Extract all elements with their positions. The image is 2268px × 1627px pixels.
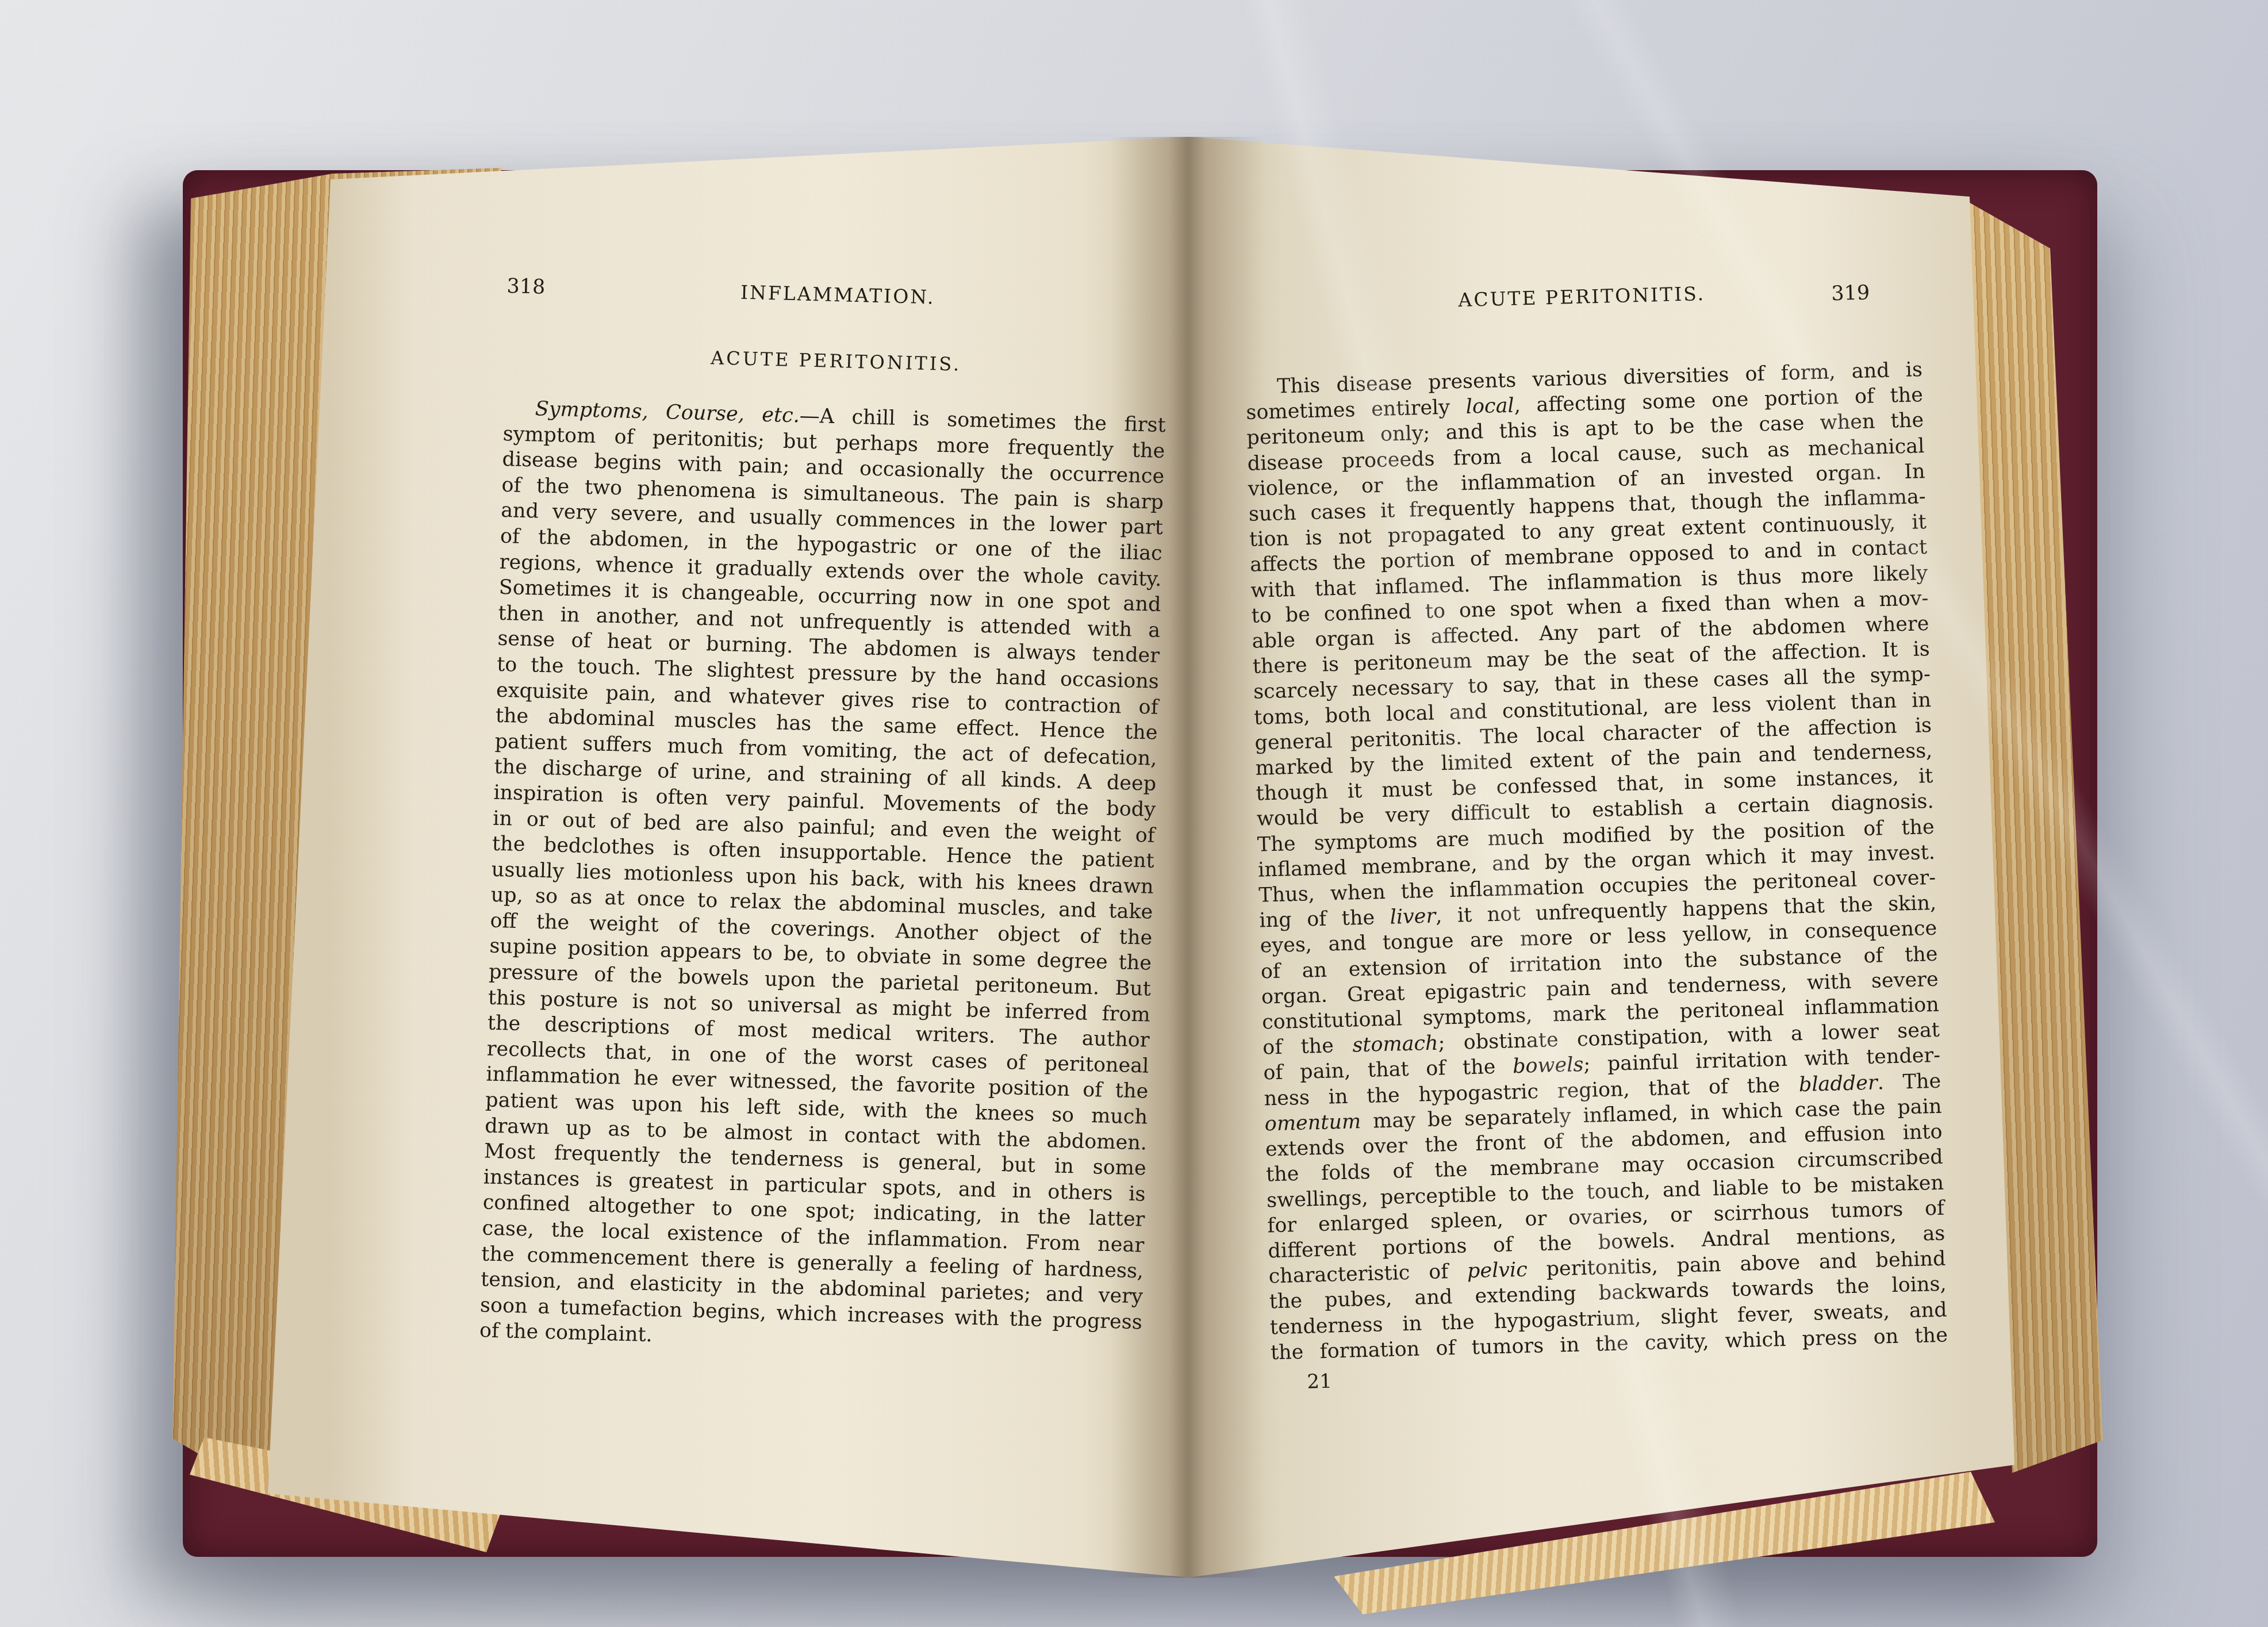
photo-scene: 318 INFLAMMATION. ACUTE PERITONITIS. Sym…: [0, 0, 2268, 1627]
right-page-text: ACUTE PERITONITIS. 319 This disease pres…: [1243, 277, 1949, 1394]
right-page-body: This disease presents various diversitie…: [1245, 357, 1948, 1365]
left-page-number: 318: [506, 275, 546, 299]
left-page-text: 318 INFLAMMATION. ACUTE PERITONITIS. Sym…: [479, 275, 1169, 1361]
left-page-body: Symptoms, Course, etc.—A chill is someti…: [479, 396, 1166, 1361]
right-page-number: 319: [1831, 281, 1870, 305]
section-heading: ACUTE PERITONITIS.: [505, 341, 1168, 381]
